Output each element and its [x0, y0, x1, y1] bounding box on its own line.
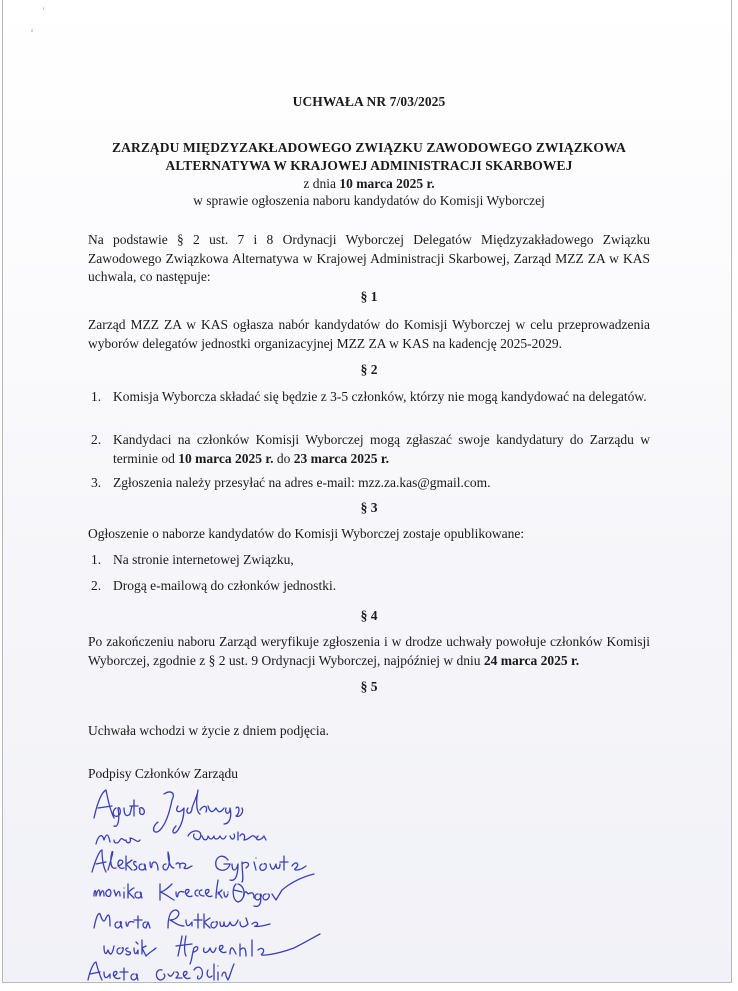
list-text: Kandydaci na członków Komisji Wyborczej … — [113, 431, 650, 468]
date-value: 10 marca 2025 r. — [339, 176, 434, 191]
document-subtitle-line2: ALTERNATYWA W KRAJOWEJ ADMINISTRACJI SKA… — [0, 158, 738, 174]
section-5-mark: § 5 — [0, 679, 738, 695]
section-4-mark: § 4 — [0, 608, 738, 624]
document-subtitle-line1: ZARZĄDU MIĘDZYZAKŁADOWEGO ZWIĄZKU ZAWODO… — [0, 140, 738, 156]
scan-speck — [31, 29, 33, 32]
list-text: Na stronie internetowej Związku, — [113, 551, 650, 570]
start-date: 10 marca 2025 r. — [178, 451, 273, 466]
section-2-item-2: 2. Kandydaci na członków Komisji Wyborcz… — [88, 431, 650, 468]
section-2-item-1: 1. Komisja Wyborcza składać się będzie z… — [88, 388, 650, 407]
document-title: UCHWAŁA NR 7/03/2025 — [0, 94, 738, 110]
preamble: Na podstawie § 2 ust. 7 i 8 Ordynacji Wy… — [88, 231, 650, 287]
signature-2 — [96, 831, 266, 844]
signatures-block — [80, 780, 380, 985]
list-text: Komisja Wyborcza składać się będzie z 3-… — [113, 388, 650, 407]
section-2-mark: § 2 — [0, 362, 738, 378]
handwritten-signatures — [80, 780, 380, 985]
list-number: 3. — [91, 474, 101, 493]
section-1-text: Zarząd MZZ ZA w KAS ogłasza nabór kandyd… — [88, 316, 650, 353]
list-number: 2. — [91, 577, 101, 596]
list-number: 2. — [91, 431, 101, 450]
list-text: Zgłoszenia należy przesyłać na adres e-m… — [113, 474, 650, 493]
section-5-text: Uchwała wchodzi w życie z dniem podjęcia… — [88, 722, 650, 741]
signature-3 — [92, 850, 306, 882]
section-4-text: Po zakończeniu naboru Zarząd weryfikuje … — [88, 633, 650, 670]
signature-7 — [88, 962, 234, 980]
list-text: Drogą e-mailową do członków jednostki. — [113, 577, 650, 596]
section-1-mark: § 1 — [0, 289, 738, 305]
list-text-part: do — [273, 451, 293, 466]
document-subject: w sprawie ogłoszenia naboru kandydatów d… — [0, 193, 738, 209]
section-3-item-1: 1. Na stronie internetowej Związku, — [88, 551, 650, 570]
signature-4 — [94, 874, 314, 906]
date-prefix: z dnia — [303, 176, 339, 191]
document-date: z dnia 10 marca 2025 r. — [0, 176, 738, 192]
list-number: 1. — [91, 551, 101, 570]
signature-1 — [94, 790, 243, 833]
section-2-item-3: 3. Zgłoszenia należy przesyłać na adres … — [88, 474, 650, 493]
section-3-intro: Ogłoszenie o naborze kandydatów do Komis… — [88, 525, 650, 544]
end-date: 23 marca 2025 r. — [294, 451, 389, 466]
deadline-date: 24 marca 2025 r. — [484, 653, 579, 668]
section-3-mark: § 3 — [0, 500, 738, 516]
scan-speck — [43, 7, 44, 10]
list-number: 1. — [91, 388, 101, 407]
signature-5 — [94, 910, 270, 928]
section-3-item-2: 2. Drogą e-mailową do członków jednostki… — [88, 577, 650, 596]
signature-6 — [104, 934, 320, 964]
